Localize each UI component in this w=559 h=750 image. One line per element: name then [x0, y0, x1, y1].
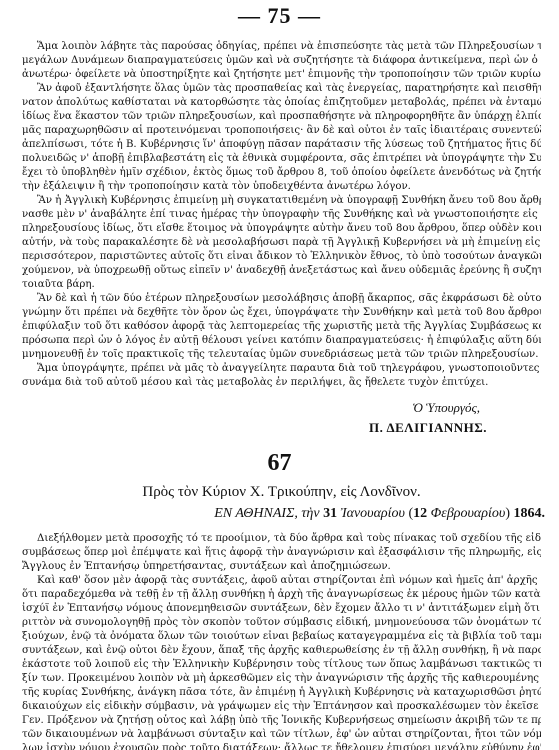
- text-line: Γεν. Πρόξενον νὰ ζητήσῃ οὗτος καὶ λάβῃ ὑ…: [22, 714, 541, 728]
- text-line: τῶν δικαιουμένων νὰ λαμβάνωσι σύνταξιν κ…: [22, 728, 541, 742]
- text-line: ἀνωτέρω· ὀφείλετε νὰ ὑποστηρίξητε καὶ ζη…: [22, 68, 541, 82]
- text-line: ἑκάστοτε τοῦ λοιποῦ εἰς τὴν Ἑλληνικὴν Κυ…: [22, 658, 541, 672]
- text-line: ἰσχύϊ ἐν Ἑπτανήσῳ νόμους ἀπονεμηθεισῶν σ…: [22, 602, 541, 616]
- text-line: ἀπελπίσωσι, τότε ἡ Β. Κυβέρνησις ἵν' ἀπο…: [22, 138, 541, 152]
- text-line: ἔχει τὸ ὑποβληθὲν ἡμῖν σχέδιον, ἐκτὸς ὅμ…: [22, 166, 541, 180]
- text-line: Διεξήλθομεν μετὰ προσοχῆς τό τε προοίμιο…: [37, 532, 541, 546]
- addressee-heading: Πρὸς τὸν Κύριον Χ. Τρικούπην, εἰς Λονδῖν…: [0, 484, 559, 501]
- text-line: ριττὸν νὰ συνομολογηθῇ πρὸς τὸν σκοπὸν τ…: [22, 616, 541, 630]
- text-line: μεγάλων Δυνάμεων διαπραγματεύσεις ὑμῶν κ…: [22, 54, 541, 68]
- text-line: Ἂν δὲ καὶ ἡ τῶν δύο ἑτέρων πληρεξουσίων …: [37, 292, 541, 306]
- text-line: Ἂν ἡ Ἀγγλικὴ Κυβέρνησις ἐπιμείνῃ μὴ συγκ…: [37, 194, 541, 208]
- date-month-new: Φεβρουαρίου: [431, 506, 506, 521]
- page-number: — 75 —: [0, 3, 559, 29]
- date-the: τὴν: [301, 506, 319, 521]
- text-line: νατον ἀπολύτως καθίσταται νὰ κατορθώσητε…: [22, 96, 541, 110]
- text-line: ὅτι παραδεχόμεθα νὰ τεθῇ ἐν τῇ ἄλλῃ συνθ…: [22, 588, 541, 602]
- text-line: τοιαῦτα βάρη.: [22, 278, 541, 292]
- text-line: Ἅμα λοιπὸν λάβητε τὰς παρούσας ὁδηγίας, …: [37, 40, 541, 54]
- text-line: χούμενον, νὰ ὑποχρεωθῇ οὕτως εἰπεῖν ν' ἀ…: [22, 264, 541, 278]
- text-line: Ἂν ἀφοῦ ἐξαντλήσητε ὅλας ὑμῶν τὰς προσπα…: [37, 82, 541, 96]
- text-line: λων ἰσχὺν νόμου ἐχουσῶν πρὸς τοῦτο διατά…: [22, 742, 541, 750]
- signature-name: Π. ΔΕΛΙΓΙΑΝΝΗΣ.: [0, 420, 487, 436]
- text-line: ἐπιφύλαξιν τοῦ ὅτι καθόσον ἀφορᾷ τὰς λεπ…: [22, 320, 541, 334]
- date-year: 1864.: [514, 506, 546, 521]
- document-number: 67: [0, 450, 559, 477]
- text-line: ξιούχων, ἐνῷ τὰ ὀνόματα ὅλων τῶν τοιούτω…: [22, 630, 541, 644]
- text-line: γνώμην ὅτι πρέπει νὰ δεχθῆτε τὸν ὅρον ὡς…: [22, 306, 541, 320]
- dateline: ΕΝ ΑΘΗΝΑΙΣ, τὴν 31 Ἰανουαρίου (12 Φεβρου…: [0, 506, 545, 522]
- text-line: Καὶ καθ' ὅσον μὲν ἀφορᾷ τὰς συντάξεις, ἀ…: [37, 574, 541, 588]
- text-line: περισσότερον, παριστῶντες αὐτοῖς ὅτι εἶν…: [22, 250, 541, 264]
- signature-title: Ὁ Ὑπουργός,: [0, 400, 480, 416]
- text-line: συντάξεων, καὶ ἐνῷ οὗτοι δὲν ἔχουν, ἅπαξ…: [22, 644, 541, 658]
- text-line: ξίν των. Προκειμένου λοιπὸν νὰ μὴ ἀρκεσθ…: [22, 672, 541, 686]
- text-line: πληρεξουσίους ἰδίως, ὅτι εἴσθε ἕτοιμος ν…: [22, 222, 541, 236]
- text-line: τὴν ἐξάλειψιν ἢ τὴν τροποποίησιν κατὰ τὸ…: [22, 180, 541, 194]
- date-day-new: 12: [413, 506, 427, 521]
- date-paren-close: ): [505, 506, 510, 521]
- text-line: μᾶς παραχωρηθῶσιν αἱ προτεινόμεναι τροπο…: [22, 124, 541, 138]
- text-line: δικαιούχων εἰς εἰδικὴν σύμβασιν, νὰ γράψ…: [22, 700, 541, 714]
- text-line: συμβάσεως ὅπερ μοὶ ἐπέμψατε καὶ ἥτις ἀφο…: [22, 546, 541, 560]
- text-line: πρόσωπα περὶ ὧν ὁ λόγος ἐν αὐτῇ θέλουσι …: [22, 334, 541, 348]
- text-line: μνημονευθῇ ἐν τοῖς πρακτικοῖς τῆς τελευτ…: [22, 348, 541, 362]
- text-line: Ἅμα ὑπογράψητε, πρέπει νὰ μᾶς τὸ ἀναγγεί…: [37, 362, 541, 376]
- text-line: πολυειδῶς ν' ἀποβῇ ἐπιβλαβεστάτη εἰς τὰ …: [22, 152, 541, 166]
- date-day: 31: [323, 506, 337, 521]
- text-line: Ἄγγλους ἐν Ἑπτανήσῳ ὑπηρετήσαντας, συντά…: [22, 560, 541, 574]
- document-page: — 75 — Ἅμα λοιπὸν λάβητε τὰς παρούσας ὁδ…: [0, 0, 559, 750]
- text-line: νασθε μὲν ν' ἀναβάλητε ἐπί τινας ἡμέρας …: [22, 208, 541, 222]
- date-month-old: Ἰανουαρίου: [341, 506, 405, 521]
- text-line: συνάμα διὰ τοῦ αὐτοῦ μέσου καὶ τὰς μεταβ…: [22, 376, 541, 390]
- text-line: τῆς κυρίας Συνθήκης, ἀνάγκη πᾶσα τότε, ἂ…: [22, 686, 541, 700]
- text-line: αὐτήν, νὰ τοὺς παρακαλέσητε δὲ νὰ μεσολα…: [22, 236, 541, 250]
- text-line: ἰδίως ἕνα ἕκαστον τῶν τριῶν πληρεξουσίων…: [22, 110, 541, 124]
- date-place: ΕΝ ΑΘΗΝΑΙΣ,: [214, 506, 298, 521]
